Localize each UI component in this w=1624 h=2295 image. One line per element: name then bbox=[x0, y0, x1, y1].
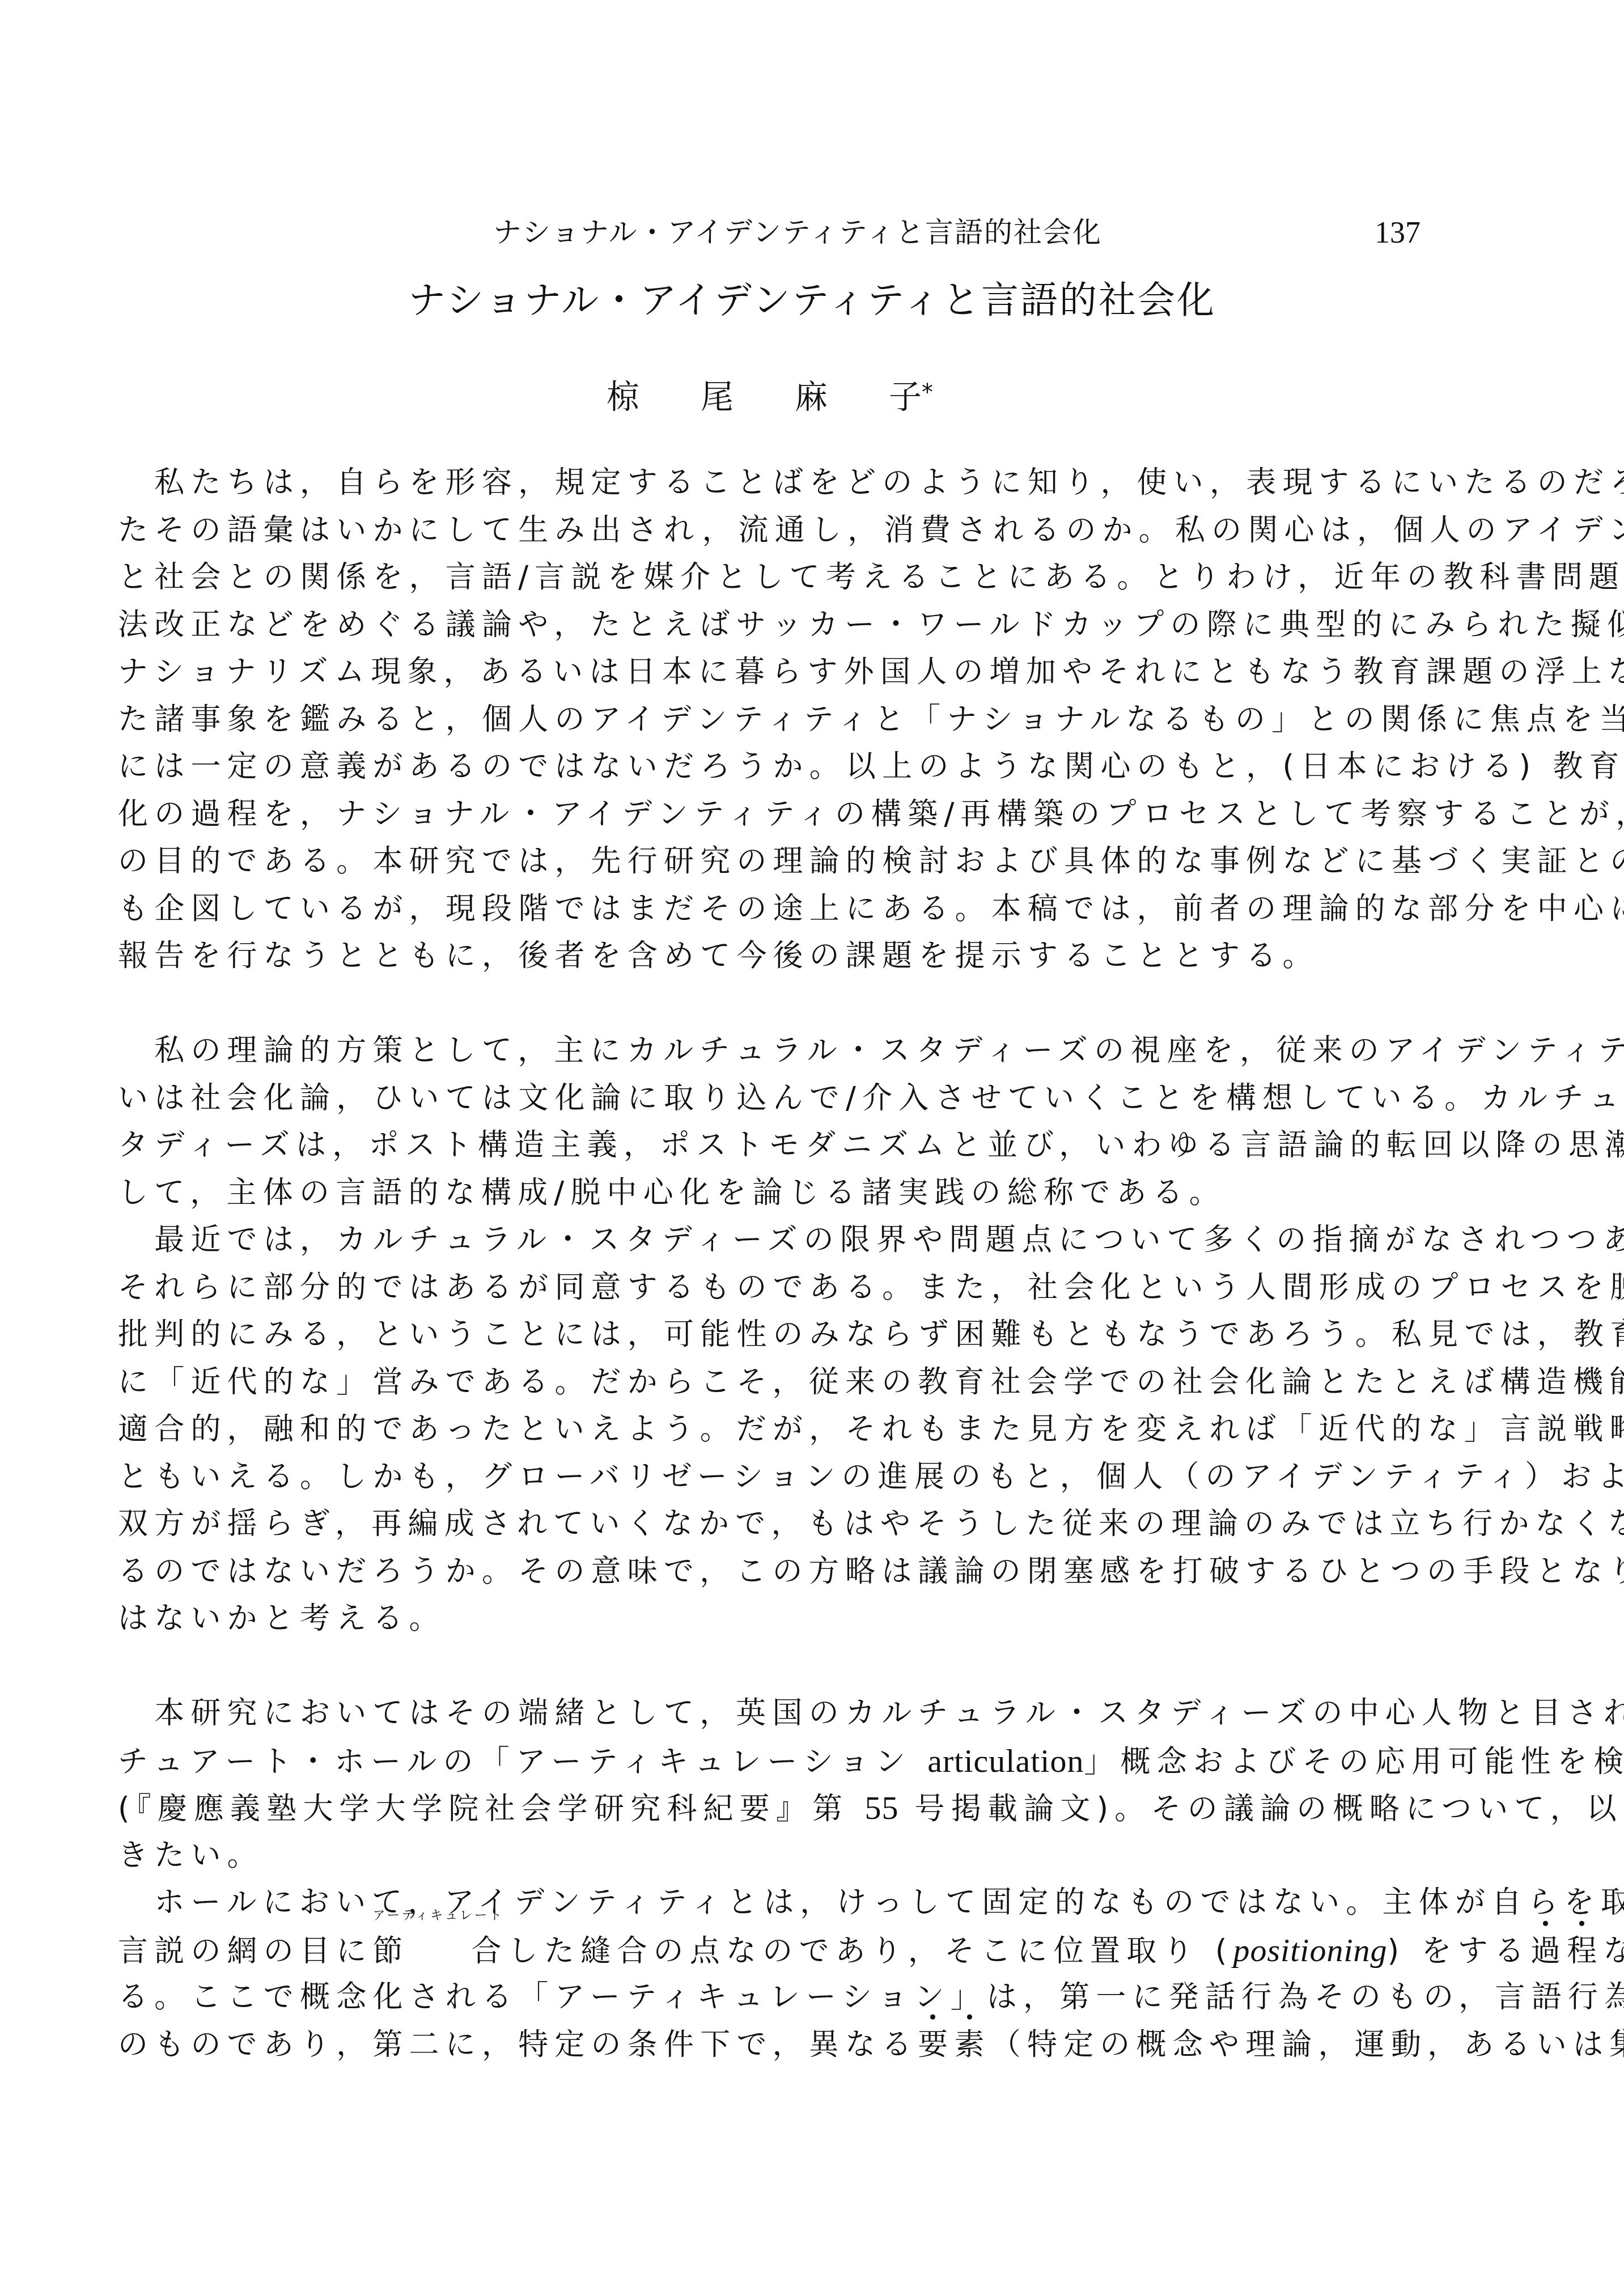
text-line: 報告を行なうとともに，後者を含めて今後の課題を提示することとする。 bbox=[118, 932, 1456, 980]
text-line: には一定の意義があるのではないだろうか。以上のような関心のもと，(日本における)… bbox=[118, 743, 1456, 791]
text-line: チュアート・ホールの「アーティキュレーション articulation」概念およ… bbox=[118, 1737, 1456, 1785]
text-line: に「近代的な」営みである。だからこそ，従来の教育社会学での社会化論とたとえば構造… bbox=[118, 1359, 1456, 1406]
issue-number: 55 bbox=[864, 1789, 898, 1826]
running-header-title: ナショナル・アイデンティティと言語的社会化 bbox=[493, 213, 1102, 252]
paragraph-gap bbox=[118, 1643, 1456, 1690]
text-line: ともいえる。しかも，グローバリゼーションの進展のもと，個人（のアイデンティティ）… bbox=[118, 1453, 1456, 1501]
text-line: タディーズは，ポスト構造主義，ポストモダニズムと並び，いわゆる言語論的転回以降の… bbox=[118, 1122, 1456, 1169]
emphasis-dot-char: 要 bbox=[918, 2021, 954, 2069]
body-text: 私たちは，自らを形容，規定することばをどのように知り，使い，表現するにいたるのだ… bbox=[118, 459, 1456, 2068]
paragraph-3: 最近では，カルチュラル・スタディーズの限界や問題点について多くの指摘がなされつつ… bbox=[118, 1216, 1456, 1643]
text-line: と社会との関係を，言語/言説を媒介として考えることにある。とりわけ，近年の教科書… bbox=[118, 554, 1456, 601]
text-line: して，主体の言語的な構成/脱中心化を論じる諸実践の総称である。 bbox=[118, 1169, 1456, 1217]
author-name: 椋尾麻子* bbox=[607, 367, 933, 422]
author-char: 尾 bbox=[701, 371, 795, 422]
text-line: たその語彙はいかにして生み出され，流通し，消費されるのか。私の関心は，個人のアイ… bbox=[118, 507, 1456, 554]
text-line: 最近では，カルチュラル・スタディーズの限界や問題点について多くの指摘がなされつつ… bbox=[118, 1216, 1456, 1264]
emphasis-dot-char: 程 bbox=[1567, 1928, 1603, 1975]
text-line: も企図しているが，現段階ではまだその途上にある。本稿では，前者の理論的な部分を中… bbox=[118, 885, 1456, 933]
text-line: いは社会化論，ひいては文化論に取り込んで/介入させていくことを構想している。カル… bbox=[118, 1075, 1456, 1122]
author-char: 椋 bbox=[607, 371, 701, 422]
text-line: のものであり，第二に，特定の条件下で，異なる要素（特定の概念や理論，運動，あるい… bbox=[118, 2021, 1456, 2069]
text-line: 私たちは，自らを形容，規定することばをどのように知り，使い，表現するにいたるのだ… bbox=[118, 459, 1456, 507]
text-line: はないかと考える。 bbox=[118, 1595, 1456, 1643]
text-line: る。ここで概念化される「アーティキュレーション」は，第一に発話行為そのもの，言語… bbox=[118, 1974, 1456, 2021]
page-number: 137 bbox=[1375, 213, 1421, 252]
paragraph-gap bbox=[118, 980, 1456, 1028]
paragraph-4: 本研究においてはその端緒として，英国のカルチュラル・スタディーズの中心人物と目さ… bbox=[118, 1690, 1456, 1879]
author-footnote-mark: * bbox=[922, 380, 933, 406]
paper-page: ナショナル・アイデンティティと言語的社会化 137 ナショナル・アイデンティティ… bbox=[0, 0, 1624, 2295]
author-char: 麻 bbox=[795, 371, 889, 422]
author-char: 子* bbox=[889, 367, 933, 422]
paragraph-2: 私の理論的方策として，主にカルチュラル・スタディーズの視座を，従来のアイデンティ… bbox=[118, 1027, 1456, 1216]
emphasis-dot-char: 素 bbox=[955, 2021, 991, 2069]
latin-term: articulation bbox=[927, 1742, 1084, 1779]
text-line: 双方が揺らぎ，再編成されていくなかで，もはやそうした従来の理論のみでは立ち行かな… bbox=[118, 1500, 1456, 1548]
text-line: るのではないだろうか。その意味で，この方略は議論の閉塞感を打破するひとつの手段と… bbox=[118, 1548, 1456, 1596]
text-line: ホールにおいて，アイデンティティとは，けっして固定的なものではない。主体が自らを… bbox=[118, 1879, 1456, 1927]
ruby-annotation: アーティキュレート節合 bbox=[372, 1928, 507, 1975]
text-line: 言説の網の目にアーティキュレート節合した縫合の点なのであり，そこに位置取り (p… bbox=[118, 1927, 1456, 1974]
text-line: それらに部分的ではあるが同意するものである。また，社会化という人間形成のプロセス… bbox=[118, 1264, 1456, 1312]
text-line: 適合的，融和的であったといえよう。だが，それもまた見方を変えれば「近代的な」言説… bbox=[118, 1406, 1456, 1453]
ruby-text: アーティキュレート bbox=[372, 1908, 504, 1923]
paragraph-5: ホールにおいて，アイデンティティとは，けっして固定的なものではない。主体が自らを… bbox=[118, 1879, 1456, 2068]
text-line: きたい。 bbox=[118, 1832, 1456, 1880]
italic-term: positioning bbox=[1233, 1932, 1388, 1969]
text-line: (『慶應義塾大学大学院社会学研究科紀要』第 55 号掲載論文)。その議論の概略に… bbox=[118, 1784, 1456, 1832]
text-line: ナショナリズム現象，あるいは日本に暮らす外国人の増加やそれにともなう教育課題の浮… bbox=[118, 648, 1456, 696]
text-line: 本研究においてはその端緒として，英国のカルチュラル・スタディーズの中心人物と目さ… bbox=[118, 1690, 1456, 1737]
emphasis-dot-char: 過 bbox=[1530, 1928, 1567, 1975]
text-line: 法改正などをめぐる議論や，たとえばサッカー・ワールドカップの際に典型的にみられた… bbox=[118, 601, 1456, 649]
text-line: の目的である。本研究では，先行研究の理論的検討および具体的な事例などに基づく実証… bbox=[118, 838, 1456, 885]
text-line: 化の過程を，ナショナル・アイデンティティの構築/再構築のプロセスとして考察するこ… bbox=[118, 791, 1456, 838]
text-line: 批判的にみる，ということには，可能性のみならず困難もともなうであろう。私見では，… bbox=[118, 1311, 1456, 1359]
text-line: た諸事象を鑑みると，個人のアイデンティティと「ナショナルなるもの」との関係に焦点… bbox=[118, 696, 1456, 744]
paragraph-1: 私たちは，自らを形容，規定することばをどのように知り，使い，表現するにいたるのだ… bbox=[118, 459, 1456, 980]
text-line: 私の理論的方策として，主にカルチュラル・スタディーズの視座を，従来のアイデンティ… bbox=[118, 1027, 1456, 1075]
article-title: ナショナル・アイデンティティと言語的社会化 bbox=[0, 272, 1624, 329]
